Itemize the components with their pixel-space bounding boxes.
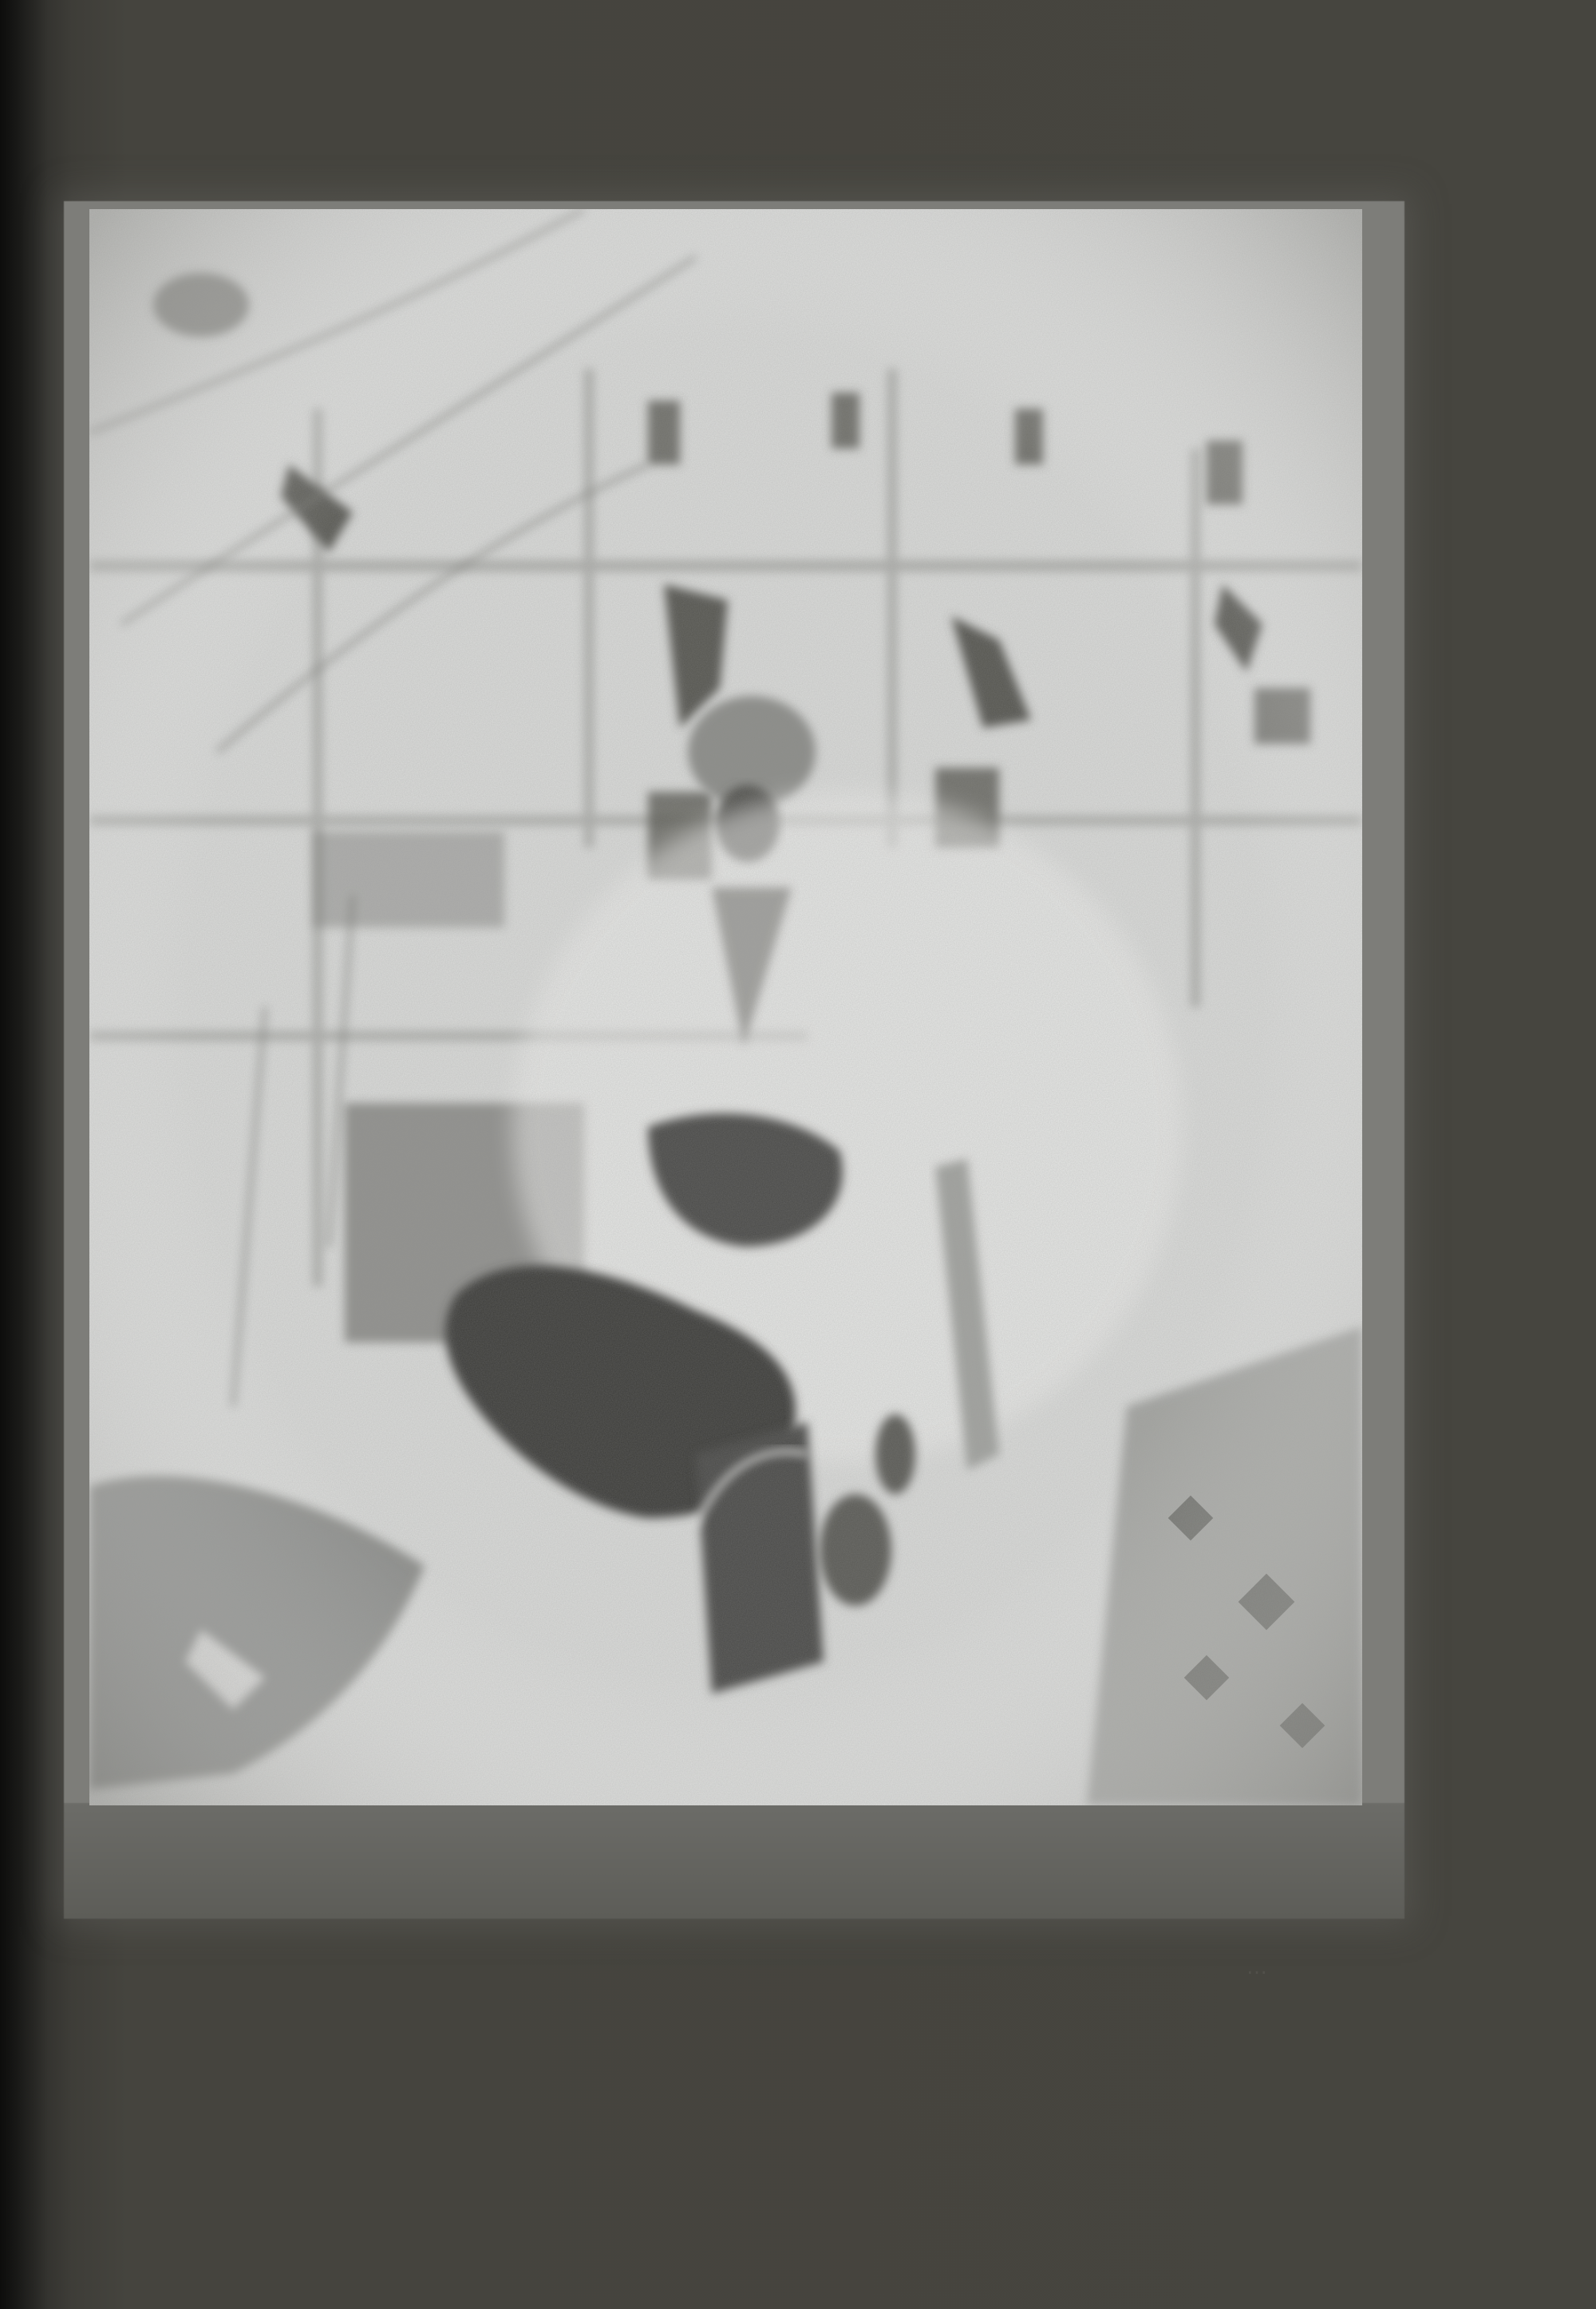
photo-illustration: [89, 209, 1362, 1805]
faint-caption: …: [1245, 1955, 1267, 1979]
book-page: …: [0, 0, 1596, 2309]
negative-photograph: [89, 209, 1362, 1805]
book-gutter-shadow: [0, 0, 48, 2309]
